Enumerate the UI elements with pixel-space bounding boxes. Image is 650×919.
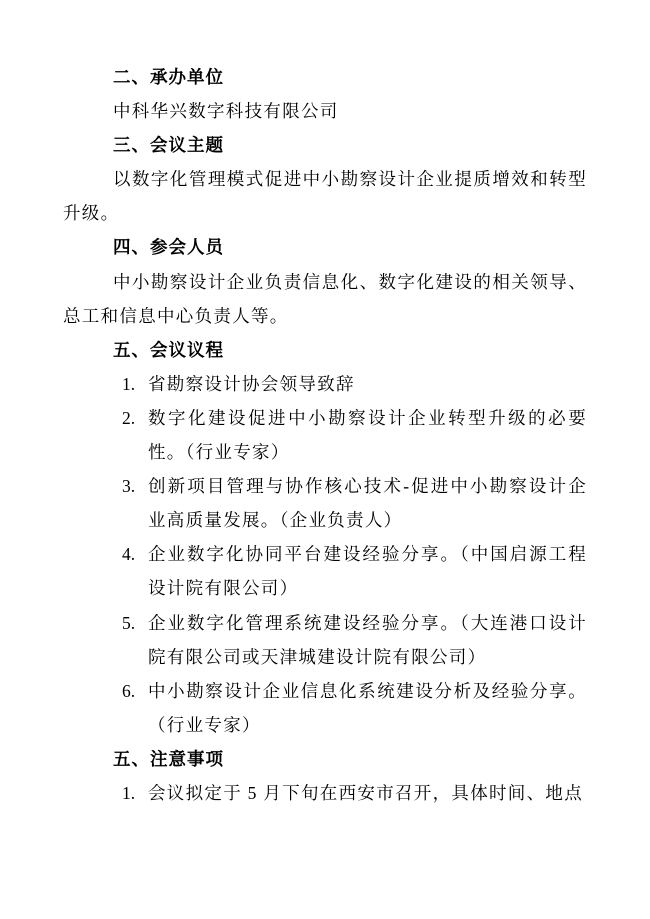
- paragraph-organizer: 中科华兴数字科技有限公司: [63, 94, 587, 128]
- list-number: 3.: [122, 469, 135, 503]
- section-heading-organizer: 二、承办单位: [63, 60, 587, 94]
- list-number: 1.: [122, 367, 135, 401]
- agenda-item: 1. 省勘察设计协会领导致辞: [63, 367, 587, 401]
- list-number: 4.: [122, 537, 135, 571]
- agenda-item-text: 企业数字化协同平台建设经验分享。（中国启源工程设计院有限公司）: [148, 544, 587, 598]
- agenda-item-text: 企业数字化管理系统建设经验分享。（大连港口设计院有限公司或天津城建设计院有限公司…: [148, 613, 587, 667]
- note-item: 1. 会议拟定于 5 月下旬在西安市召开，具体时间、地点: [63, 776, 587, 810]
- paragraph-attendees: 中小勘察设计企业负责信息化、数字化建设的相关领导、总工和信息中心负责人等。: [63, 265, 587, 333]
- section-heading-attendees: 四、参会人员: [63, 230, 587, 264]
- agenda-item-text: 中小勘察设计企业信息化系统建设分析及经验分享。（行业专家）: [148, 681, 587, 735]
- list-number: 6.: [122, 674, 135, 708]
- list-number: 5.: [122, 606, 135, 640]
- agenda-item: 2. 数字化建设促进中小勘察设计企业转型升级的必要性。（行业专家）: [63, 401, 587, 469]
- agenda-list: 1. 省勘察设计协会领导致辞 2. 数字化建设促进中小勘察设计企业转型升级的必要…: [63, 367, 587, 742]
- agenda-item: 4. 企业数字化协同平台建设经验分享。（中国启源工程设计院有限公司）: [63, 537, 587, 605]
- agenda-item: 6. 中小勘察设计企业信息化系统建设分析及经验分享。（行业专家）: [63, 674, 587, 742]
- list-number: 2.: [122, 401, 135, 435]
- note-item-text: 会议拟定于 5 月下旬在西安市召开，具体时间、地点: [148, 783, 583, 803]
- section-heading-theme: 三、会议主题: [63, 128, 587, 162]
- agenda-item: 5. 企业数字化管理系统建设经验分享。（大连港口设计院有限公司或天津城建设计院有…: [63, 606, 587, 674]
- agenda-item-text: 创新项目管理与协作核心技术-促进中小勘察设计企业高质量发展。（企业负责人）: [148, 476, 587, 530]
- list-number: 1.: [122, 776, 135, 810]
- document-page: 二、承办单位 中科华兴数字科技有限公司 三、会议主题 以数字化管理模式促进中小勘…: [0, 0, 650, 919]
- paragraph-theme: 以数字化管理模式促进中小勘察设计企业提质增效和转型升级。: [63, 162, 587, 230]
- notes-list: 1. 会议拟定于 5 月下旬在西安市召开，具体时间、地点: [63, 776, 587, 810]
- agenda-item: 3. 创新项目管理与协作核心技术-促进中小勘察设计企业高质量发展。（企业负责人）: [63, 469, 587, 537]
- agenda-item-text: 省勘察设计协会领导致辞: [148, 374, 355, 394]
- agenda-item-text: 数字化建设促进中小勘察设计企业转型升级的必要性。（行业专家）: [148, 408, 587, 462]
- section-heading-notes: 五、注意事项: [63, 742, 587, 776]
- section-heading-agenda: 五、会议议程: [63, 333, 587, 367]
